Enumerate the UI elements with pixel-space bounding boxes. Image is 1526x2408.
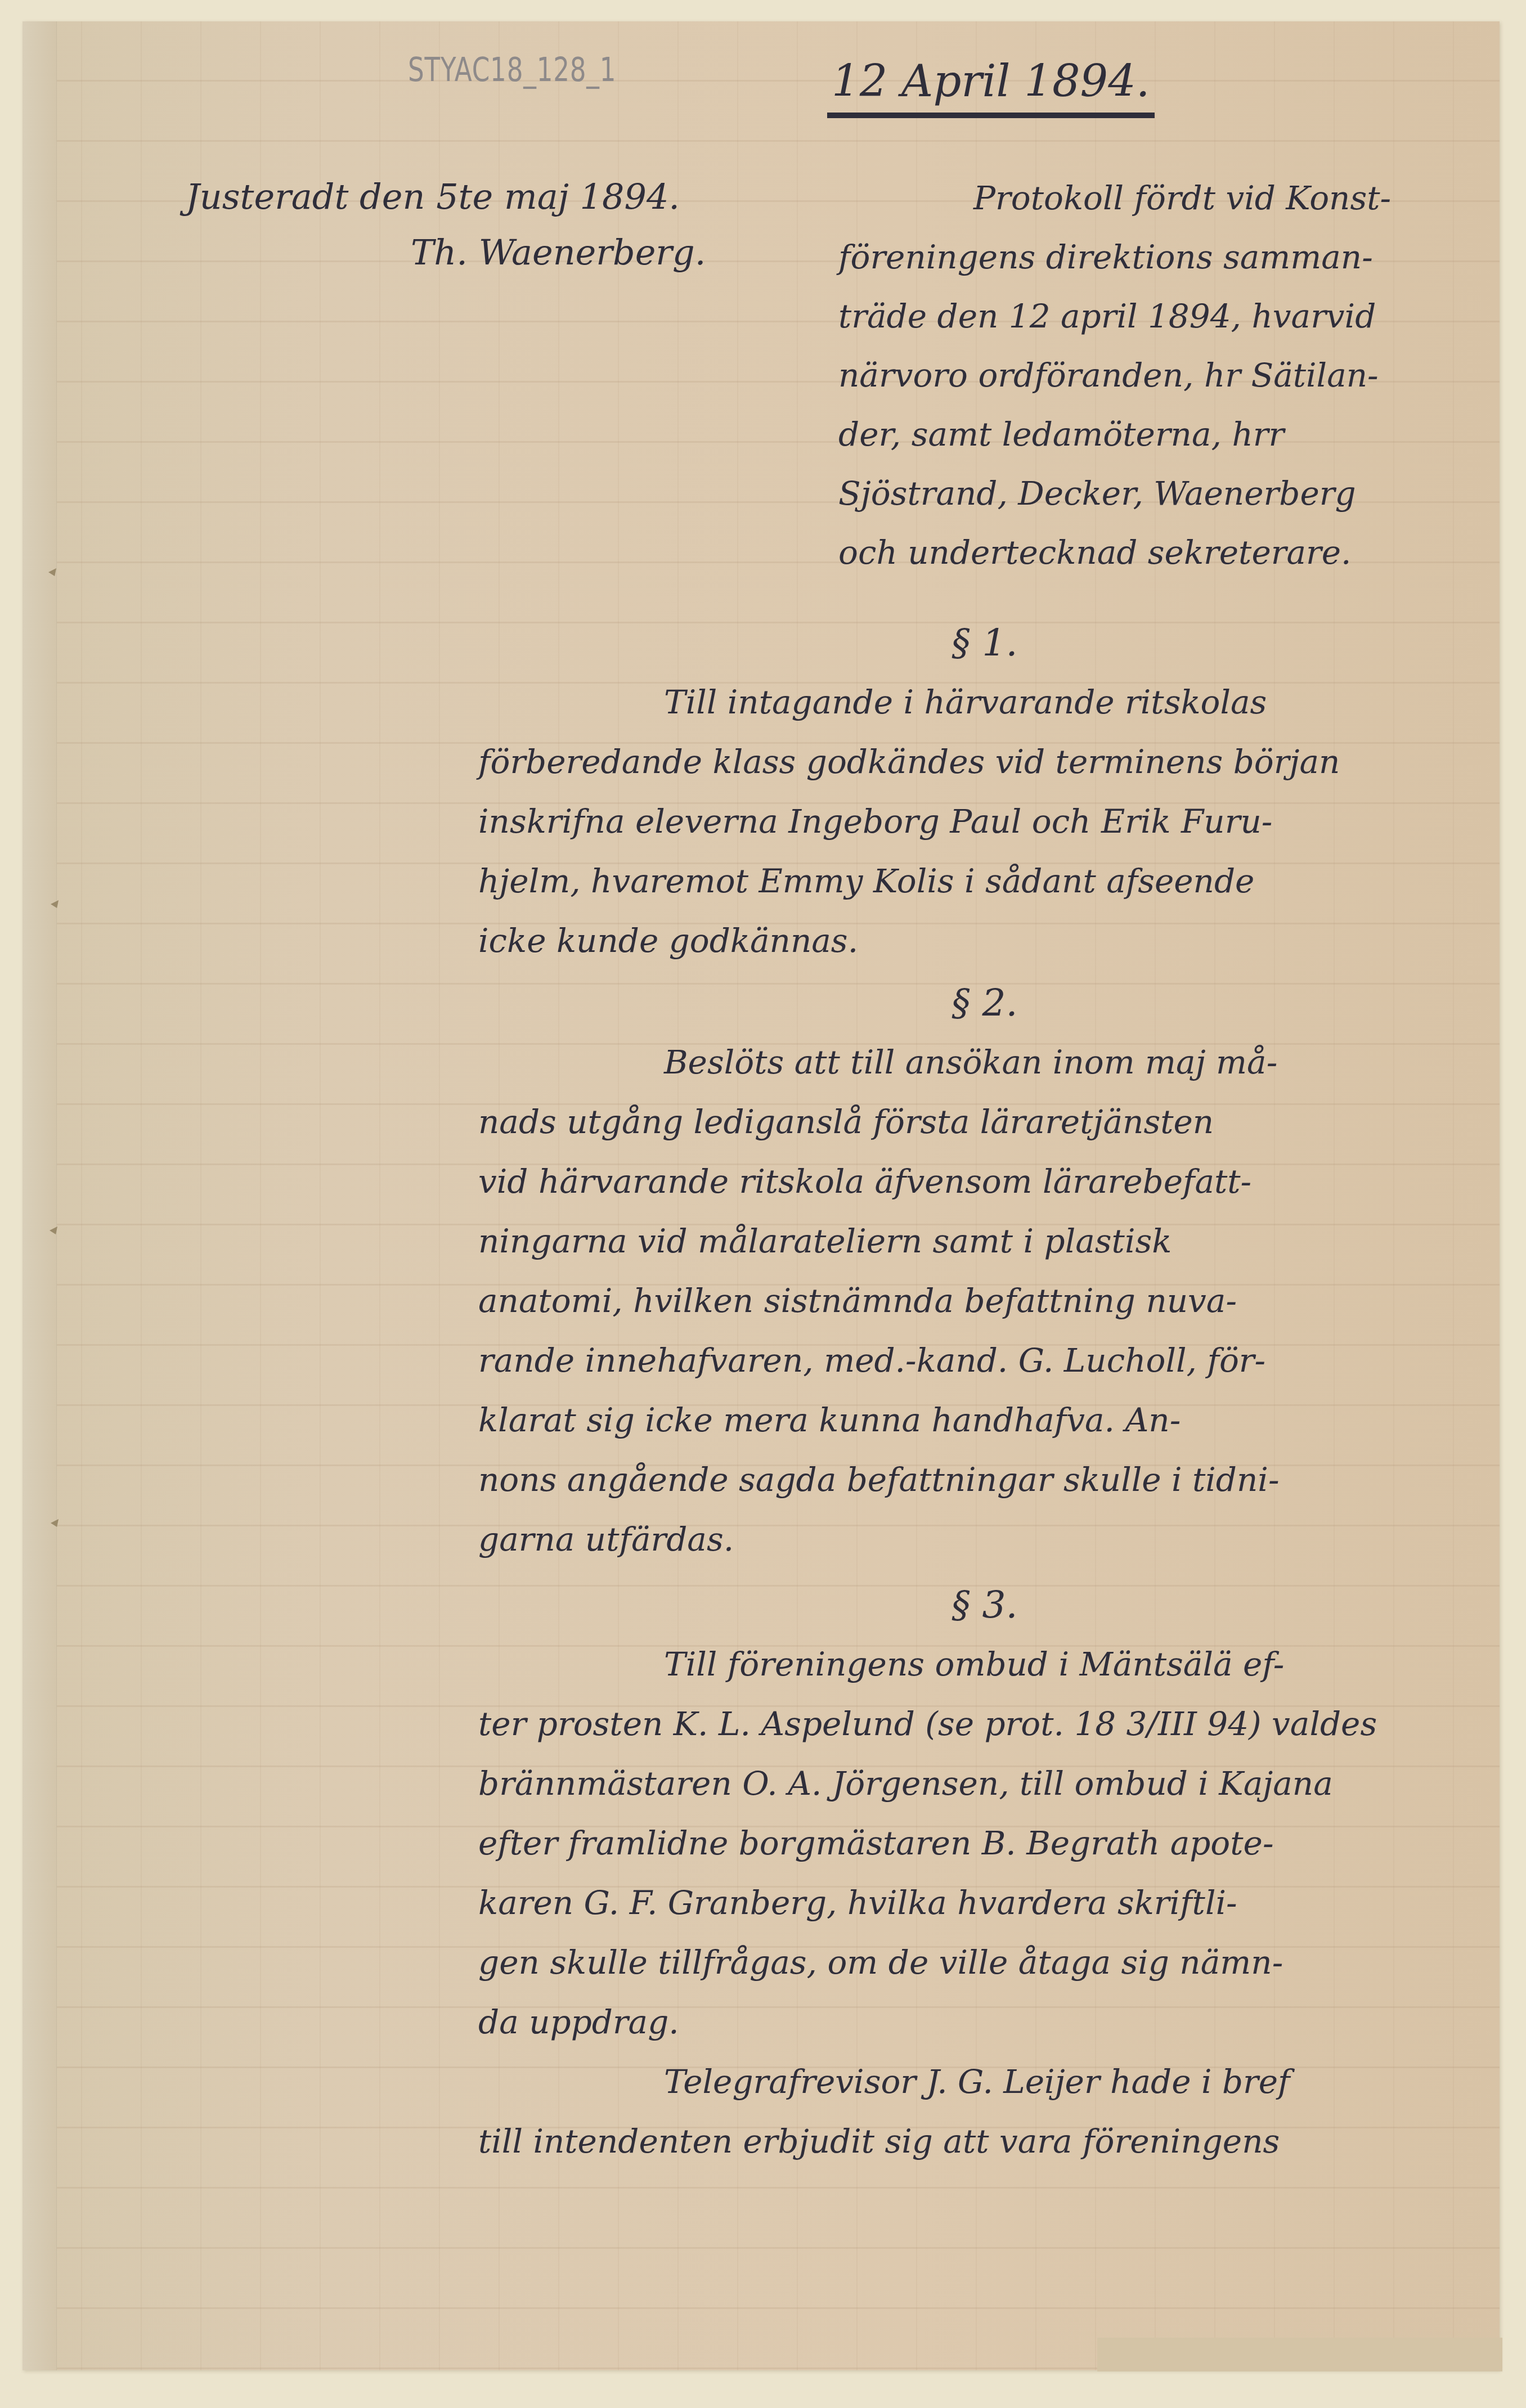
section-line: anatomi, hvilken sistnämnda befattning n…	[478, 1271, 1491, 1331]
intro-line: der, samt ledamöterna, hrr	[838, 405, 1412, 464]
section-line: ter prosten K. L. Aspelund (se prot. 18 …	[478, 1694, 1491, 1754]
intro-line: och undertecknad sekreterare.	[838, 523, 1412, 582]
section-1: § 1. Till intagande i härvarande ritskol…	[478, 613, 1491, 971]
section-line: Beslöts att till ansökan inom maj må-	[478, 1032, 1491, 1092]
section-line: brännmästaren O. A. Jörgensen, till ombu…	[478, 1754, 1491, 1813]
intro-line: föreningens direktions samman-	[838, 228, 1412, 287]
approval-signature: Th. Waenerberg.	[186, 224, 833, 280]
section-line: ningarna vid målarateliern samt i plasti…	[478, 1211, 1491, 1271]
section-line: till intendenten erbjudit sig att vara f…	[478, 2112, 1491, 2171]
section-3: § 3. Till föreningens ombud i Mäntsälä e…	[478, 1575, 1491, 2171]
section-line: gen skulle tillfrågas, om de ville åtaga…	[478, 1933, 1491, 1992]
section-line: efter framlidne borgmästaren B. Begrath …	[478, 1813, 1491, 1873]
approval-line: Justeradt den 5te maj 1894.	[186, 169, 833, 224]
section-line: Telegrafrevisor J. G. Leijer hade i bref	[478, 2052, 1491, 2112]
section-mark: § 1.	[478, 613, 1491, 672]
section-line: nons angående sagda befattningar skulle …	[478, 1450, 1491, 1510]
section-line: förberedande klass godkändes vid termine…	[478, 732, 1491, 792]
intro-line: närvoro ordföranden, hr Sätilan-	[838, 346, 1412, 405]
approval-note: Justeradt den 5te maj 1894. Th. Waenerbe…	[186, 169, 833, 280]
section-mark: § 3.	[478, 1575, 1491, 1634]
minutes-intro: Protokoll fördt vid Konst- föreningens d…	[838, 169, 1412, 582]
section-line: klarat sig icke mera kunna handhafva. An…	[478, 1390, 1491, 1450]
section-line: inskrifna eleverna Ingeborg Paul och Eri…	[478, 792, 1491, 851]
section-line: da uppdrag.	[478, 1992, 1491, 2052]
section-line: vid härvarande ritskola äfvensom lärareb…	[478, 1152, 1491, 1211]
intro-line: Sjöstrand, Decker, Waenerberg	[838, 464, 1412, 523]
section-line: Till föreningens ombud i Mäntsälä ef-	[478, 1634, 1491, 1694]
sheet-bottom-fold	[1097, 2338, 1502, 2371]
sheet-torn-left-edge	[23, 21, 57, 2370]
archive-reference-id: STYAC18_128_1	[408, 51, 616, 89]
section-2: § 2. Beslöts att till ansökan inom maj m…	[478, 973, 1491, 1569]
section-mark: § 2.	[478, 973, 1491, 1032]
section-line: icke kunde godkännas.	[478, 911, 1491, 971]
intro-line: träde den 12 april 1894, hvarvid	[838, 287, 1412, 346]
section-line: garna utfärdas.	[478, 1510, 1491, 1569]
section-line: karen G. F. Granberg, hvilka hvardera sk…	[478, 1873, 1491, 1933]
date-heading: 12 April 1894.	[827, 56, 1155, 118]
section-line: nads utgång lediganslå första läraretjän…	[478, 1092, 1491, 1152]
section-line: rande innehafvaren, med.-kand. G. Luchol…	[478, 1331, 1491, 1390]
section-line: Till intagande i härvarande ritskolas	[478, 672, 1491, 732]
section-line: hjelm, hvaremot Emmy Kolis i sådant afse…	[478, 851, 1491, 911]
intro-line: Protokoll fördt vid Konst-	[838, 169, 1412, 228]
